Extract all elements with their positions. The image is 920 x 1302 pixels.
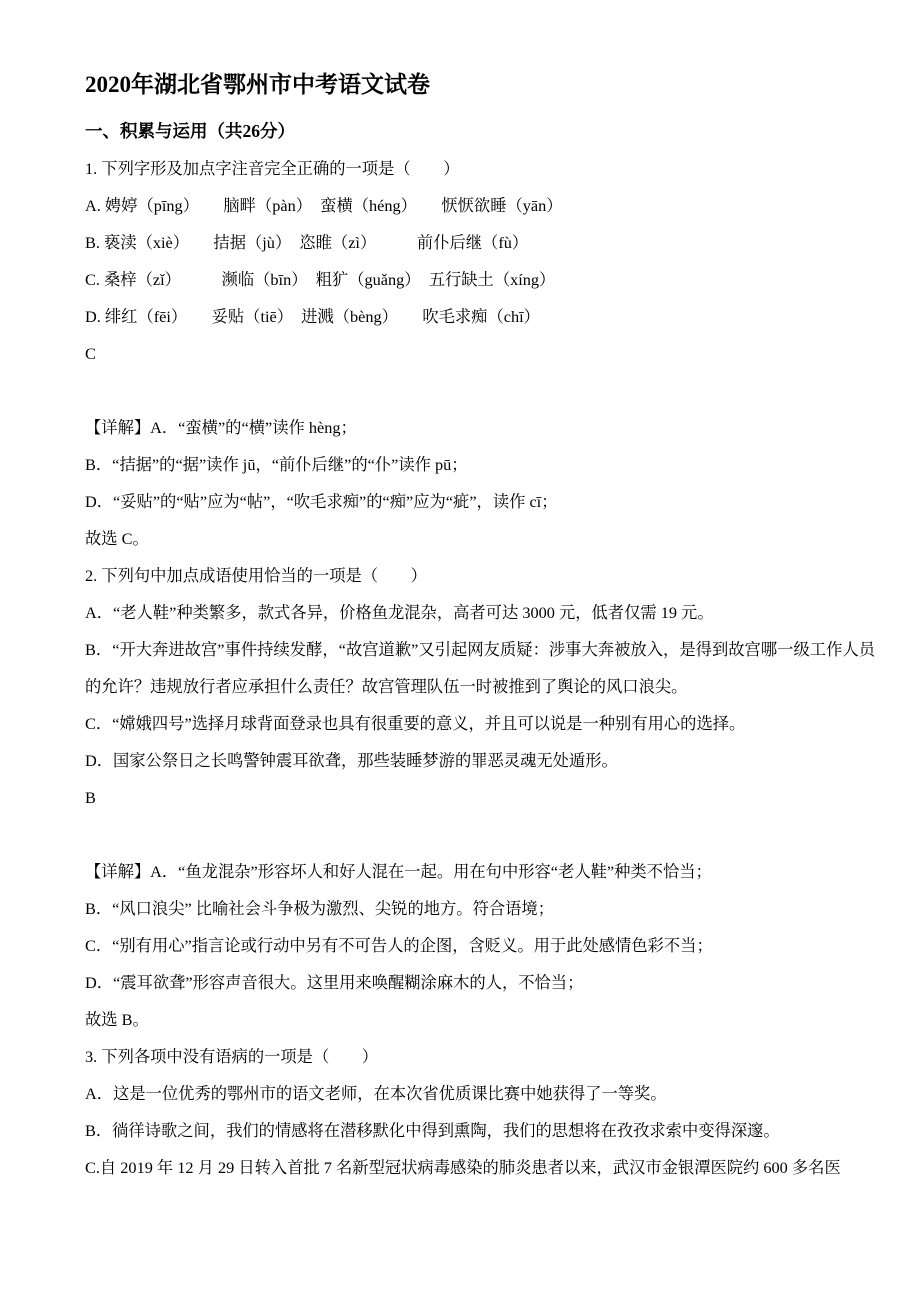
q1-stem: 1. 下列字形及加点字注音完全正确的一项是（ ） <box>85 150 875 187</box>
q1-analysis-line: D．“妥贴”的“贴”应为“帖”，“吹毛求痴”的“痴”应为“疵”，读作 cī； <box>85 483 875 520</box>
q1-option-d: D. 绯红（fēi） 妥贴（tiē） 进溅（bèng） 吹毛求痴（chī） <box>85 298 875 335</box>
q1-analysis-line: 【详解】A．“蛮横”的“横”读作 hèng； <box>85 409 875 446</box>
q1-analysis-conclusion: 故选 C。 <box>85 520 875 557</box>
q1-analysis-line: B．“拮据”的“据”读作 jū，“前仆后继”的“仆”读作 pū； <box>85 446 875 483</box>
q3-option-a: A．这是一位优秀的鄂州市的语文老师，在本次省优质课比赛中她获得了一等奖。 <box>85 1075 875 1112</box>
question-2: 2. 下列句中加点成语使用恰当的一项是（ ） A．“老人鞋”种类繁多，款式各异，… <box>85 557 875 1038</box>
q2-analysis-line: D．“震耳欲聋”形容声音很大。这里用来唤醒糊涂麻木的人，不恰当； <box>85 964 875 1001</box>
q2-answer: B <box>85 779 875 816</box>
q1-option-a: A. 娉婷（pīng） 脑畔（pàn） 蛮横（héng） 恹恹欲睡（yān） <box>85 187 875 224</box>
q2-option-b: B．“开大奔进故宫”事件持续发酵，“故宫道歉”又引起网友质疑：涉事大奔被放入，是… <box>85 631 875 705</box>
q1-option-b: B. 亵渎（xiè） 拮据（jù） 恣睢（zì） 前仆后继（fù） <box>85 224 875 261</box>
question-3: 3. 下列各项中没有语病的一项是（ ） A．这是一位优秀的鄂州市的语文老师，在本… <box>85 1038 875 1186</box>
q3-option-b: B．徜徉诗歌之间，我们的情感将在潜移默化中得到熏陶，我们的思想将在孜孜求索中变得… <box>85 1112 875 1149</box>
page-title: 2020年湖北省鄂州市中考语文试卷 <box>85 70 875 100</box>
q2-analysis-line: 【详解】A．“鱼龙混杂”形容坏人和好人混在一起。用在句中形容“老人鞋”种类不恰当… <box>85 853 875 890</box>
q3-stem: 3. 下列各项中没有语病的一项是（ ） <box>85 1038 875 1075</box>
question-1: 1. 下列字形及加点字注音完全正确的一项是（ ） A. 娉婷（pīng） 脑畔（… <box>85 150 875 557</box>
q1-answer: C <box>85 335 875 372</box>
q2-option-a: A．“老人鞋”种类繁多，款式各异，价格鱼龙混杂，高者可达 3000 元，低者仅需… <box>85 594 875 631</box>
q2-option-c: C．“嫦娥四号”选择月球背面登录也具有很重要的意义，并且可以说是一种别有用心的选… <box>85 705 875 742</box>
q2-analysis-line: C．“别有用心”指言论或行动中另有不可告人的企图，含贬义。用于此处感情色彩不当； <box>85 927 875 964</box>
q2-analysis-line: B．“风口浪尖” 比喻社会斗争极为激烈、尖锐的地方。符合语境； <box>85 890 875 927</box>
q3-option-c: C.自 2019 年 12 月 29 日转入首批 7 名新型冠状病毒感染的肺炎患… <box>85 1149 875 1186</box>
section-heading: 一、积累与运用（共26分） <box>85 118 875 144</box>
q2-stem: 2. 下列句中加点成语使用恰当的一项是（ ） <box>85 557 875 594</box>
q1-option-c: C. 桑梓（zǐ） 濒临（bīn） 粗犷（guǎng） 五行缺土（xíng） <box>85 261 875 298</box>
q2-analysis-conclusion: 故选 B。 <box>85 1001 875 1038</box>
q2-option-d: D．国家公祭日之长鸣警钟震耳欲聋，那些装睡梦游的罪恶灵魂无处遁形。 <box>85 742 875 779</box>
exam-document-page: 2020年湖北省鄂州市中考语文试卷 一、积累与运用（共26分） 1. 下列字形及… <box>0 0 920 1302</box>
